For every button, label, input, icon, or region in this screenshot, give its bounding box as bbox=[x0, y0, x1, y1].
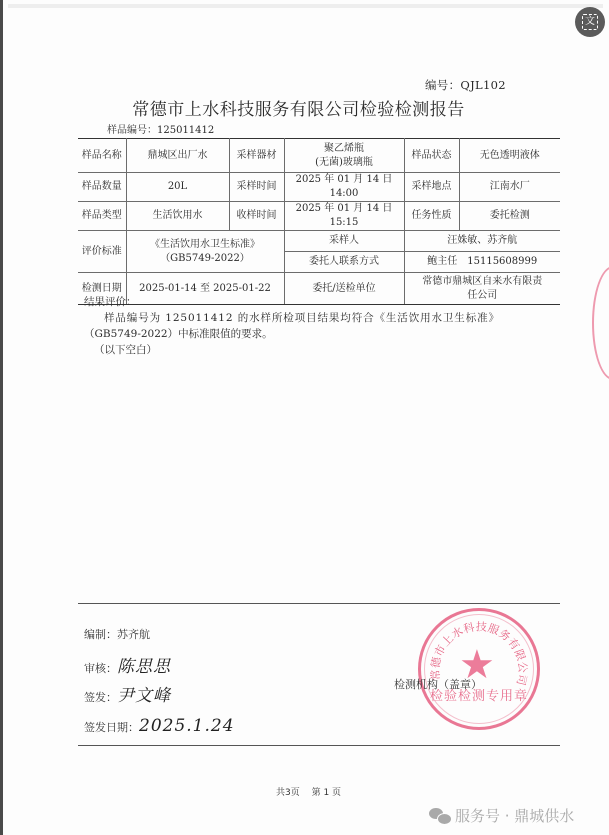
label-sample-name: 样品名称 bbox=[78, 139, 126, 173]
equipment-line-2: (无菌)玻璃瓶 bbox=[287, 156, 402, 170]
results-line-2: （GB5749-2022）中标准限值的要求。 bbox=[84, 326, 560, 342]
value-sample-state: 无色透明液体 bbox=[459, 139, 560, 173]
results-line-1: 样品编号为 125011412 的水样所检项目结果均符合《生活饮用水卫生标准》 bbox=[84, 310, 560, 326]
standard-line-2: （GB5749-2022） bbox=[129, 252, 282, 266]
label-sample-state: 样品状态 bbox=[404, 139, 459, 173]
table-row: 评价标准 《生活饮用水卫生标准》 （GB5749-2022） 采样人 汪姝敏、苏… bbox=[78, 231, 560, 252]
label-evaluation-standard: 评价标准 bbox=[78, 231, 126, 273]
value-evaluation-standard: 《生活饮用水卫生标准》 （GB5749-2022） bbox=[126, 231, 284, 273]
page-indicator: 共3页 第 1 页 bbox=[276, 785, 341, 798]
results-heading: 结果评价： bbox=[84, 294, 560, 310]
value-sample-name: 鼎城区出厂水 bbox=[126, 139, 229, 173]
issued-signature: 尹文峰 bbox=[117, 686, 171, 706]
label-sampling-location: 采样地点 bbox=[404, 173, 459, 202]
signature-bottom-divider bbox=[78, 745, 560, 746]
table-row: 样品名称 鼎城区出厂水 采样器材 聚乙烯瓶 (无菌)玻璃瓶 样品状态 无色透明液… bbox=[78, 139, 560, 173]
report-number: 编号：QJL102 bbox=[425, 77, 506, 93]
wechat-watermark: 服务号 · 鼎城供水 bbox=[429, 805, 574, 826]
value-task-nature: 委托检测 bbox=[459, 202, 560, 231]
equipment-line-1: 聚乙烯瓶 bbox=[287, 142, 402, 156]
value-client-contact: 鲍主任 15115608999 bbox=[404, 252, 560, 273]
label-task-nature: 任务性质 bbox=[404, 202, 459, 231]
prepared-by: 编制：苏齐航 bbox=[84, 626, 150, 642]
issued-by: 签发：尹文峰 bbox=[84, 681, 171, 706]
signature-top-divider bbox=[78, 603, 560, 604]
table-row: 样品类型 生活饮用水 收样时间 2025 年 01 月 14 日 15:15 任… bbox=[78, 202, 560, 231]
label-sample-quantity: 样品数量 bbox=[78, 173, 126, 202]
reviewed-label: 审核： bbox=[84, 662, 117, 675]
issue-date-label: 签发日期： bbox=[84, 721, 139, 734]
table-row: 样品数量 20L 采样时间 2025 年 01 月 14 日 14:00 采样地… bbox=[78, 173, 560, 202]
label-sampling-equipment: 采样器材 bbox=[229, 139, 284, 173]
value-sample-type: 生活饮用水 bbox=[126, 202, 229, 231]
reviewed-signature: 陈思思 bbox=[117, 657, 171, 677]
issued-label: 签发： bbox=[84, 691, 117, 704]
report-title: 常德市上水科技服务有限公司检验检测报告 bbox=[0, 95, 609, 120]
standard-line-1: 《生活饮用水卫生标准》 bbox=[129, 238, 282, 252]
translate-button[interactable]: 文 bbox=[575, 7, 605, 37]
reviewed-by: 审核：陈思思 bbox=[84, 652, 171, 677]
value-receive-time: 2025 年 01 月 14 日 15:15 bbox=[284, 202, 404, 231]
viewer-left-edge bbox=[0, 0, 3, 835]
translate-icon: 文 bbox=[582, 14, 598, 30]
label-receive-time: 收样时间 bbox=[229, 202, 284, 231]
value-sampling-location: 江南水厂 bbox=[459, 173, 560, 202]
label-client-contact: 委托人联系方式 bbox=[284, 252, 404, 273]
prepared-label: 编制： bbox=[84, 628, 117, 641]
edge-seal-fragment bbox=[592, 266, 609, 380]
report-title-text: 常德市上水科技服务有限公司检验检测报告 bbox=[132, 95, 465, 120]
value-sampler: 汪姝敏、苏齐航 bbox=[404, 231, 560, 252]
value-sample-quantity: 20L bbox=[126, 173, 229, 202]
value-sampling-equipment: 聚乙烯瓶 (无菌)玻璃瓶 bbox=[284, 139, 404, 173]
sample-info-table: 样品名称 鼎城区出厂水 采样器材 聚乙烯瓶 (无菌)玻璃瓶 样品状态 无色透明液… bbox=[78, 138, 560, 305]
label-sampler: 采样人 bbox=[284, 231, 404, 252]
results-section: 结果评价： 样品编号为 125011412 的水样所检项目结果均符合《生活饮用水… bbox=[84, 294, 560, 358]
label-sampling-time: 采样时间 bbox=[229, 173, 284, 202]
client-line-1: 常德市鼎城区自来水有限责 bbox=[407, 275, 559, 289]
value-sampling-time: 2025 年 01 月 14 日 14:00 bbox=[284, 173, 404, 202]
wechat-icon bbox=[429, 808, 451, 824]
official-seal: 常德市上水科技服务有限公司 ★ 检验检测专用章 bbox=[418, 608, 540, 730]
page-top-shadow bbox=[8, 4, 603, 8]
prepared-value: 苏齐航 bbox=[117, 628, 150, 641]
seal-label: 检测机构（盖章） bbox=[394, 676, 482, 692]
label-sample-type: 样品类型 bbox=[78, 202, 126, 231]
blank-below-note: （以下空白） bbox=[84, 342, 560, 358]
issue-date: 签发日期：2025.1.24 bbox=[84, 716, 235, 736]
issue-date-value: 2025.1.24 bbox=[139, 716, 235, 736]
sample-number: 样品编号：125011412 bbox=[107, 121, 214, 136]
watermark-text: 服务号 · 鼎城供水 bbox=[455, 805, 574, 826]
